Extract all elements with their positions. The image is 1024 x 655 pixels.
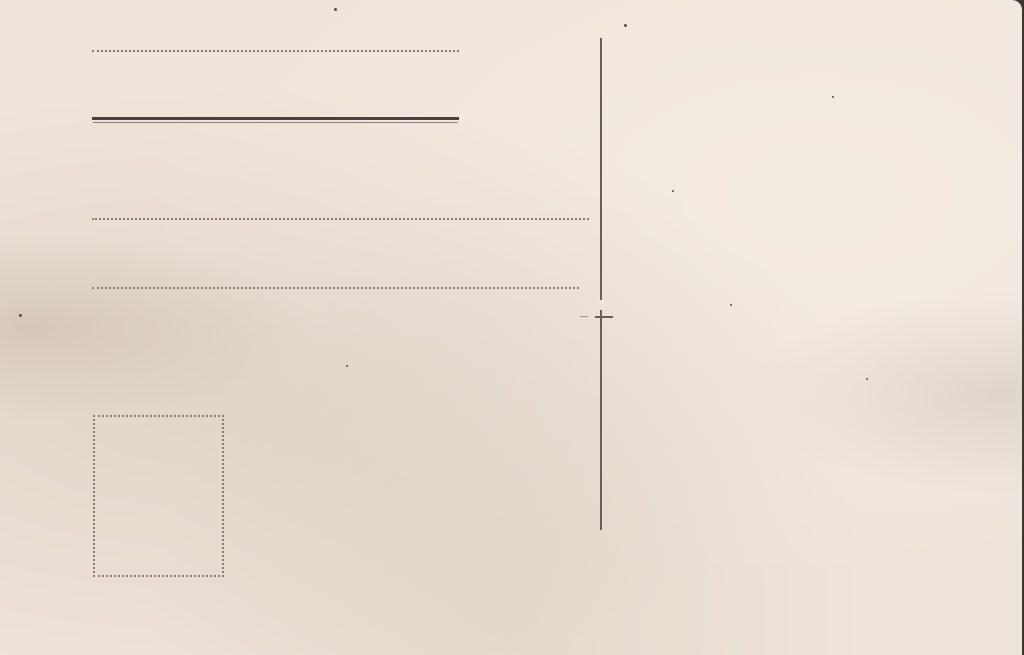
speck [624,24,627,27]
address-line-top [92,50,459,52]
address-line-bottom [92,287,579,289]
speck [866,378,868,380]
speck [672,190,674,192]
speck [832,96,834,98]
speck [346,365,348,367]
stamp-box [93,415,224,577]
divider-tick-small [580,316,588,317]
center-divider [600,38,602,530]
divider-tick [595,316,613,318]
speck [730,304,732,306]
name-line [92,117,459,120]
speck [334,8,337,11]
address-line-middle [92,218,589,220]
postcard-back [0,0,1022,655]
divider-gap [596,300,606,310]
speck [19,314,22,317]
